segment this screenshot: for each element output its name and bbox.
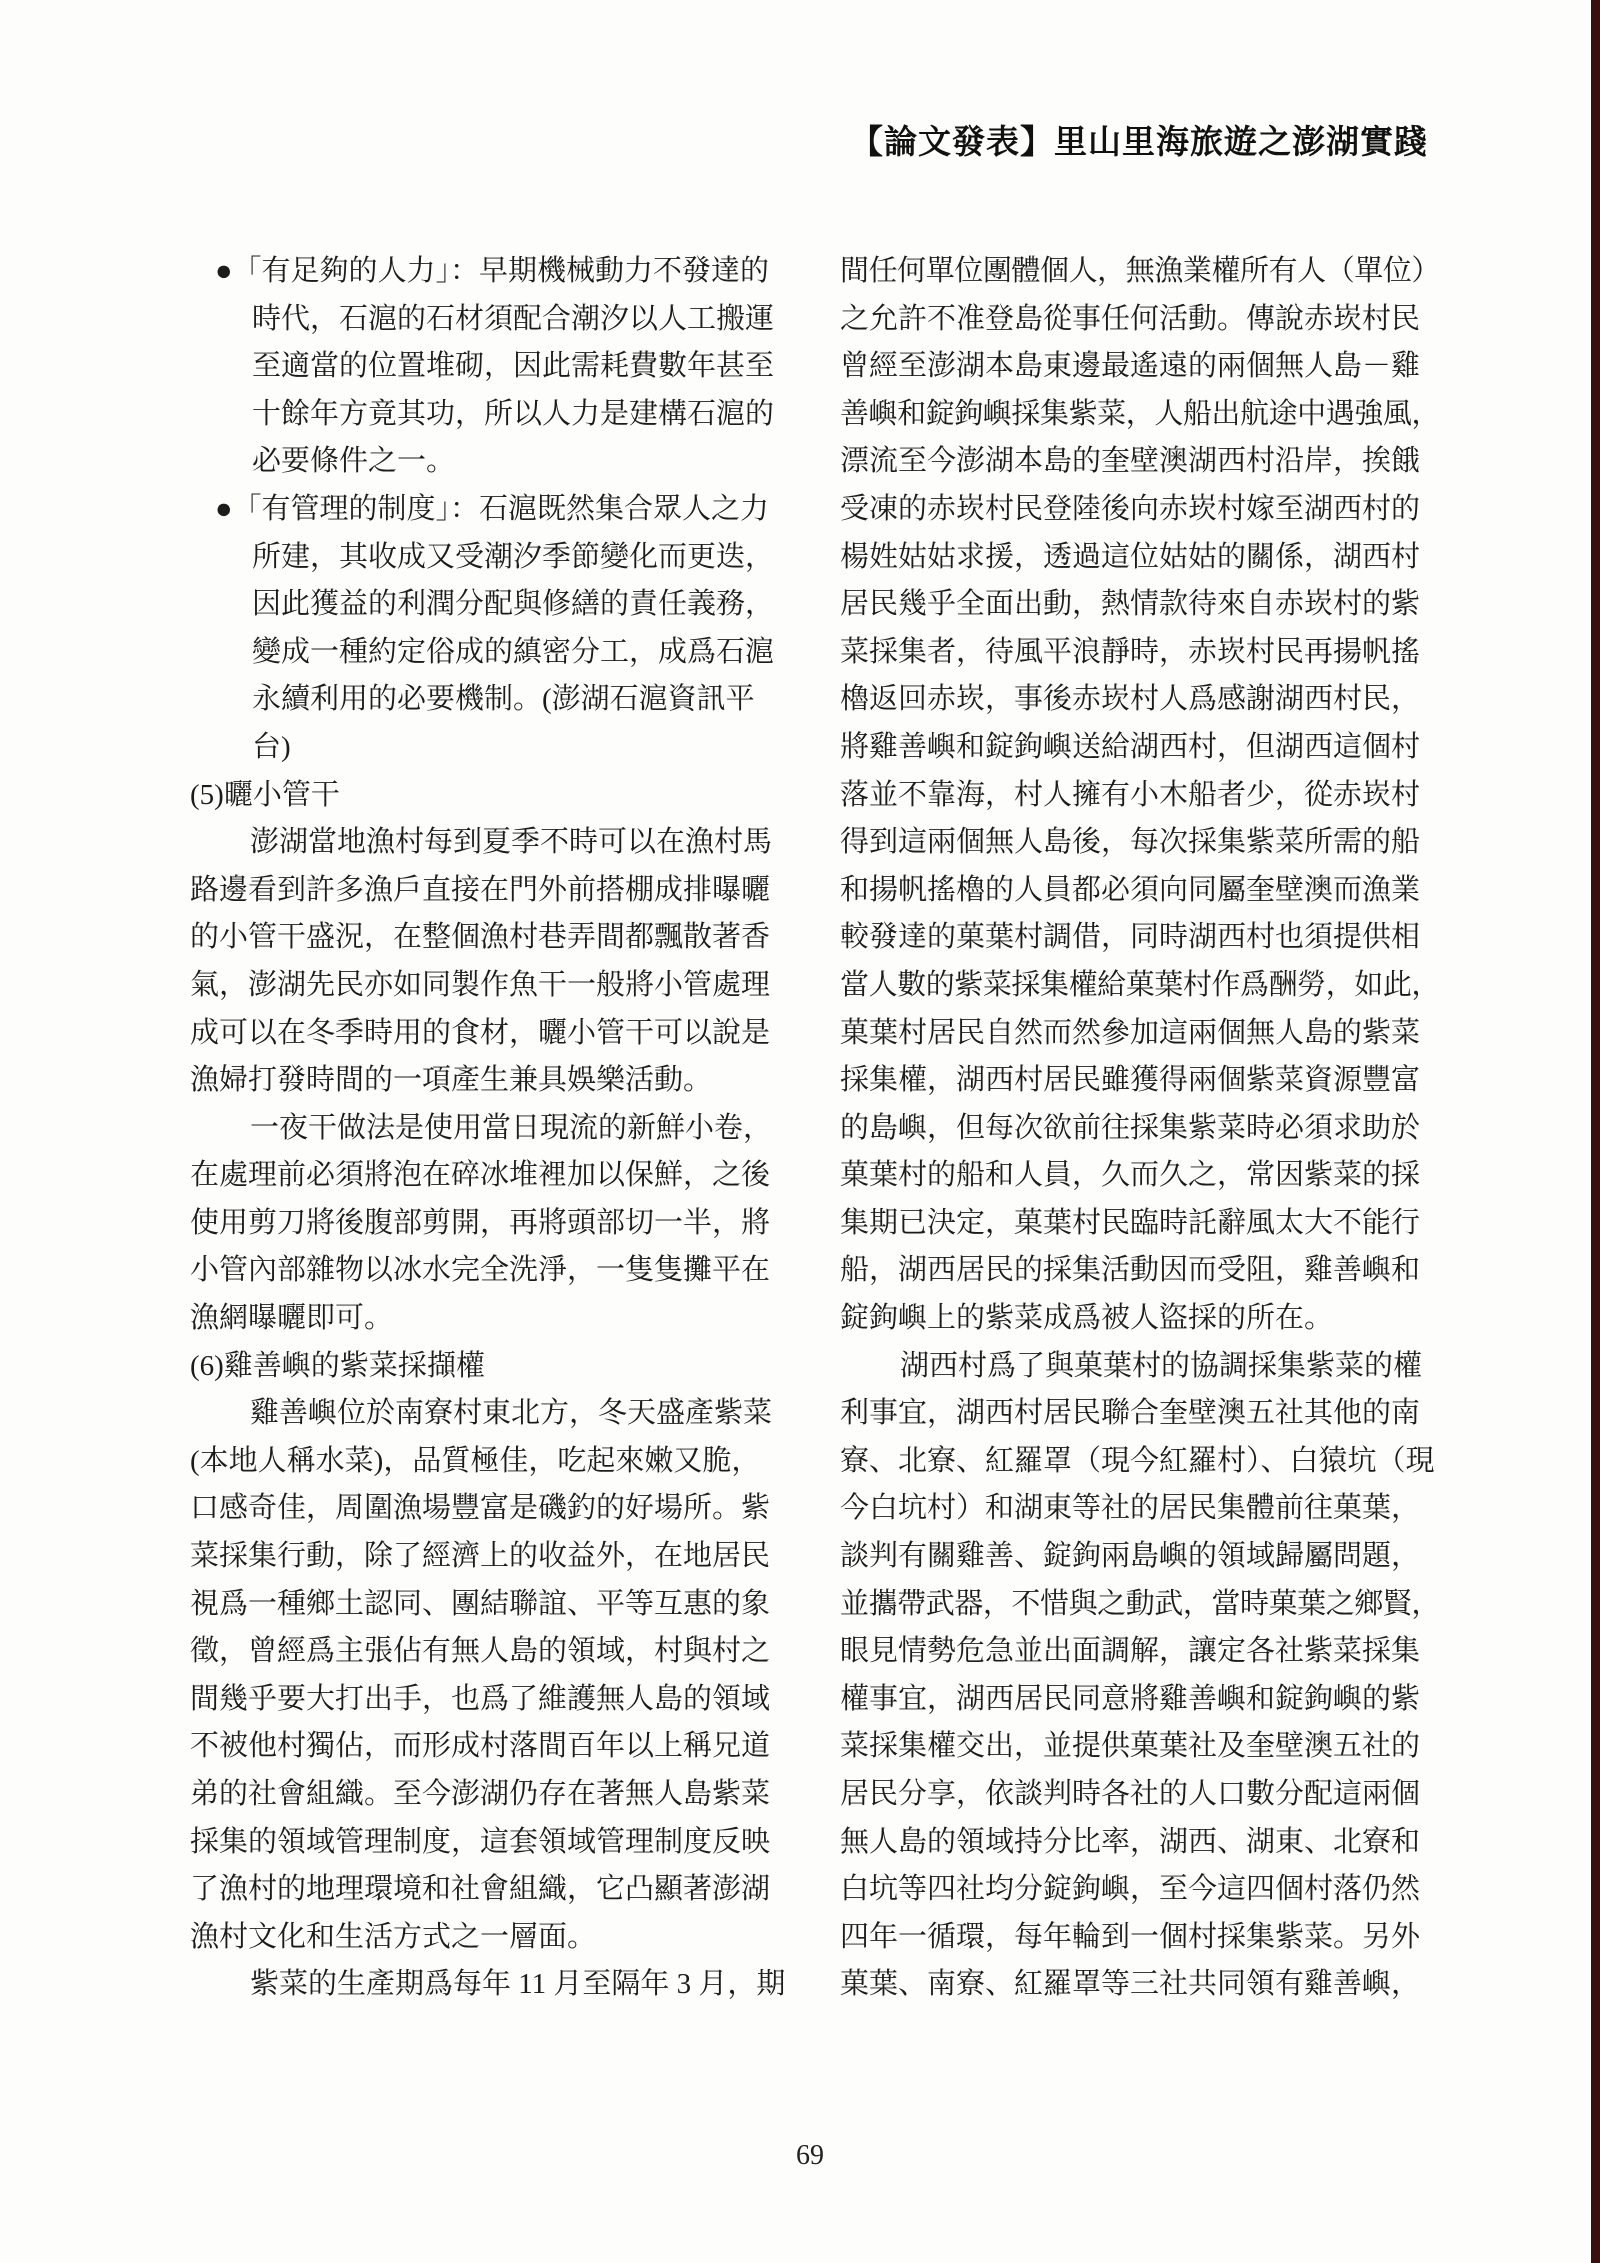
text-line: 四年一循環，每年輪到一個村採集紫菜。另外 <box>840 1914 1440 1962</box>
text-line: 並攜帶武器，不惜與之動武，當時菓葉之鄉賢， <box>840 1581 1440 1629</box>
text-line: 船，湖西居民的採集活動因而受阻，雞善嶼和 <box>840 1247 1440 1295</box>
text-line: 居民幾乎全面出動，熱情款待來自赤崁村的紫 <box>840 581 1440 629</box>
text-line: 菓葉村的船和人員，久而久之，常因紫菜的採 <box>840 1152 1440 1200</box>
text-line: 楊姓姑姑求援，透過這位姑姑的關係，湖西村 <box>840 534 1440 582</box>
text-line: 權事宜，湖西居民同意將雞善嶼和錠鉤嶼的紫 <box>840 1676 1440 1724</box>
text-line: 菜採集者，待風平浪靜時，赤崁村民再揚帆搖 <box>840 629 1440 677</box>
text-line: 了漁村的地理環境和社會組織，它凸顯著澎湖 <box>190 1866 790 1914</box>
text-line: 台) <box>190 724 790 772</box>
text-line: 不被他村獨佔，而形成村落間百年以上稱兄道 <box>190 1723 790 1771</box>
text-line: 成可以在冬季時用的食材，曬小管干可以說是 <box>190 1010 790 1058</box>
text-line: 菜採集權交出，並提供菓葉社及奎壁澳五社的 <box>840 1723 1440 1771</box>
text-line: 所建，其收成又受潮汐季節變化而更迭， <box>190 534 790 582</box>
text-line: 氣，澎湖先民亦如同製作魚干一般將小管處理 <box>190 962 790 1010</box>
text-line: 雞善嶼位於南寮村東北方，冬天盛產紫菜 <box>190 1390 790 1438</box>
text-line: 曾經至澎湖本島東邊最遙遠的兩個無人島－雞 <box>840 343 1440 391</box>
text-line: 集期已決定，菓葉村民臨時託辭風太大不能行 <box>840 1200 1440 1248</box>
text-line: 因此獲益的利潤分配與修繕的責任義務， <box>190 581 790 629</box>
text-line: 必要條件之一。 <box>190 438 790 486</box>
text-line: 澎湖當地漁村每到夏季不時可以在漁村馬 <box>190 819 790 867</box>
text-line: 漂流至今澎湖本島的奎壁澳湖西村沿岸，挨餓 <box>840 438 1440 486</box>
text-line: 口感奇佳，周圍漁場豐富是磯釣的好場所。紫 <box>190 1485 790 1533</box>
text-line: 當人數的紫菜採集權給菓葉村作爲酬勞，如此， <box>840 962 1440 1010</box>
text-line: ●「有管理的制度」：石滬既然集合眾人之力 <box>190 486 790 534</box>
text-line: 採集權，湖西村居民雖獲得兩個紫菜資源豐富 <box>840 1057 1440 1105</box>
text-line: 今白坑村）和湖東等社的居民集體前往菓葉， <box>840 1485 1440 1533</box>
text-line: 的小管干盛況，在整個漁村巷弄間都飄散著香 <box>190 914 790 962</box>
text-line: 居民分享，依談判時各社的人口數分配這兩個 <box>840 1771 1440 1819</box>
text-line: 菜採集行動，除了經濟上的收益外，在地居民 <box>190 1533 790 1581</box>
text-line: 錠鉤嶼上的紫菜成爲被人盜採的所在。 <box>840 1295 1440 1343</box>
text-line: 落並不靠海，村人擁有小木船者少，從赤崁村 <box>840 772 1440 820</box>
text-line: 徵，曾經爲主張佔有無人島的領域，村與村之 <box>190 1628 790 1676</box>
text-line: 漁婦打發時間的一項產生兼具娛樂活動。 <box>190 1057 790 1105</box>
text-line: 之允許不准登島從事任何活動。傳說赤崁村民 <box>840 296 1440 344</box>
text-line: 善嶼和錠鉤嶼採集紫菜，人船出航途中遇強風， <box>840 391 1440 439</box>
text-line: 受凍的赤崁村民登陸後向赤崁村嫁至湖西村的 <box>840 486 1440 534</box>
scan-edge-artifact <box>1591 0 1600 2263</box>
text-line: 路邊看到許多漁戶直接在門外前搭棚成排曝曬 <box>190 867 790 915</box>
text-line: 櫓返回赤崁，事後赤崁村人爲感謝湖西村民， <box>840 676 1440 724</box>
section-heading: (5)曬小管干 <box>190 772 790 820</box>
text-line: 湖西村爲了與菓葉村的協調採集紫菜的權 <box>840 1343 1440 1391</box>
text-line: 利事宜，湖西村居民聯合奎壁澳五社其他的南 <box>840 1390 1440 1438</box>
text-line: 間任何單位團體個人，無漁業權所有人（單位） <box>840 248 1440 296</box>
text-line: 漁村文化和生活方式之一層面。 <box>190 1914 790 1962</box>
page-number: 69 <box>190 2140 1430 2172</box>
left-column: ●「有足夠的人力」：早期機械動力不發達的時代，石滬的石材須配合潮汐以人工搬運至適… <box>190 248 790 2009</box>
section-heading: (6)雞善嶼的紫菜採擷權 <box>190 1343 790 1391</box>
text-line: 使用剪刀將後腹部剪開，再將頭部切一半，將 <box>190 1200 790 1248</box>
text-line: 變成一種約定俗成的縝密分工，成爲石滬 <box>190 629 790 677</box>
text-line: (本地人稱水菜)，品質極佳，吃起來嫩又脆， <box>190 1438 790 1486</box>
text-line: 時代，石滬的石材須配合潮汐以人工搬運 <box>190 296 790 344</box>
text-line: 菓葉、南寮、紅羅罩等三社共同領有雞善嶼， <box>840 1961 1440 2009</box>
page-header: 【論文發表】里山里海旅遊之澎湖實踐 <box>850 116 1428 163</box>
text-line: 較發達的菓葉村調借，同時湖西村也須提供相 <box>840 914 1440 962</box>
text-line: 在處理前必須將泡在碎冰堆裡加以保鮮，之後 <box>190 1152 790 1200</box>
text-line: 白坑等四社均分錠鉤嶼，至今這四個村落仍然 <box>840 1866 1440 1914</box>
text-line: 永續利用的必要機制。(澎湖石滬資訊平 <box>190 676 790 724</box>
text-line: 和揚帆搖櫓的人員都必須向同屬奎壁澳而漁業 <box>840 867 1440 915</box>
text-line: 至適當的位置堆砌，因此需耗費數年甚至 <box>190 343 790 391</box>
text-line: 一夜干做法是使用當日現流的新鮮小卷， <box>190 1105 790 1153</box>
text-line: 菓葉村居民自然而然參加這兩個無人島的紫菜 <box>840 1010 1440 1058</box>
document-page: 【論文發表】里山里海旅遊之澎湖實踐 ●「有足夠的人力」：早期機械動力不發達的時代… <box>0 0 1600 2263</box>
text-line: 眼見情勢危急並出面調解，讓定各社紫菜採集 <box>840 1628 1440 1676</box>
text-line: 採集的領域管理制度，這套領域管理制度反映 <box>190 1819 790 1867</box>
text-line: 將雞善嶼和錠鉤嶼送給湖西村，但湖西這個村 <box>840 724 1440 772</box>
text-line: 紫菜的生產期爲每年 11 月至隔年 3 月，期 <box>190 1961 790 2009</box>
text-line: 間幾乎要大打出手，也爲了維護無人島的領域 <box>190 1676 790 1724</box>
text-line: 寮、北寮、紅羅罩（現今紅羅村）、白猿坑（現 <box>840 1438 1440 1486</box>
text-line: 視爲一種鄉土認同、團結聯誼、平等互惠的象 <box>190 1581 790 1629</box>
text-line: 得到這兩個無人島後，每次採集紫菜所需的船 <box>840 819 1440 867</box>
text-line: 漁網曝曬即可。 <box>190 1295 790 1343</box>
text-line: 無人島的領域持分比率，湖西、湖東、北寮和 <box>840 1819 1440 1867</box>
text-line: 的島嶼，但每次欲前往採集紫菜時必須求助於 <box>840 1105 1440 1153</box>
text-line: 談判有關雞善、錠鉤兩島嶼的領域歸屬問題， <box>840 1533 1440 1581</box>
text-line: ●「有足夠的人力」：早期機械動力不發達的 <box>190 248 790 296</box>
text-line: 小管內部雜物以冰水完全洗淨，一隻隻攤平在 <box>190 1247 790 1295</box>
right-column: 間任何單位團體個人，無漁業權所有人（單位）之允許不准登島從事任何活動。傳說赤崁村… <box>840 248 1440 2009</box>
text-line: 十餘年方竟其功，所以人力是建構石滬的 <box>190 391 790 439</box>
text-line: 弟的社會組織。至今澎湖仍存在著無人島紫菜 <box>190 1771 790 1819</box>
